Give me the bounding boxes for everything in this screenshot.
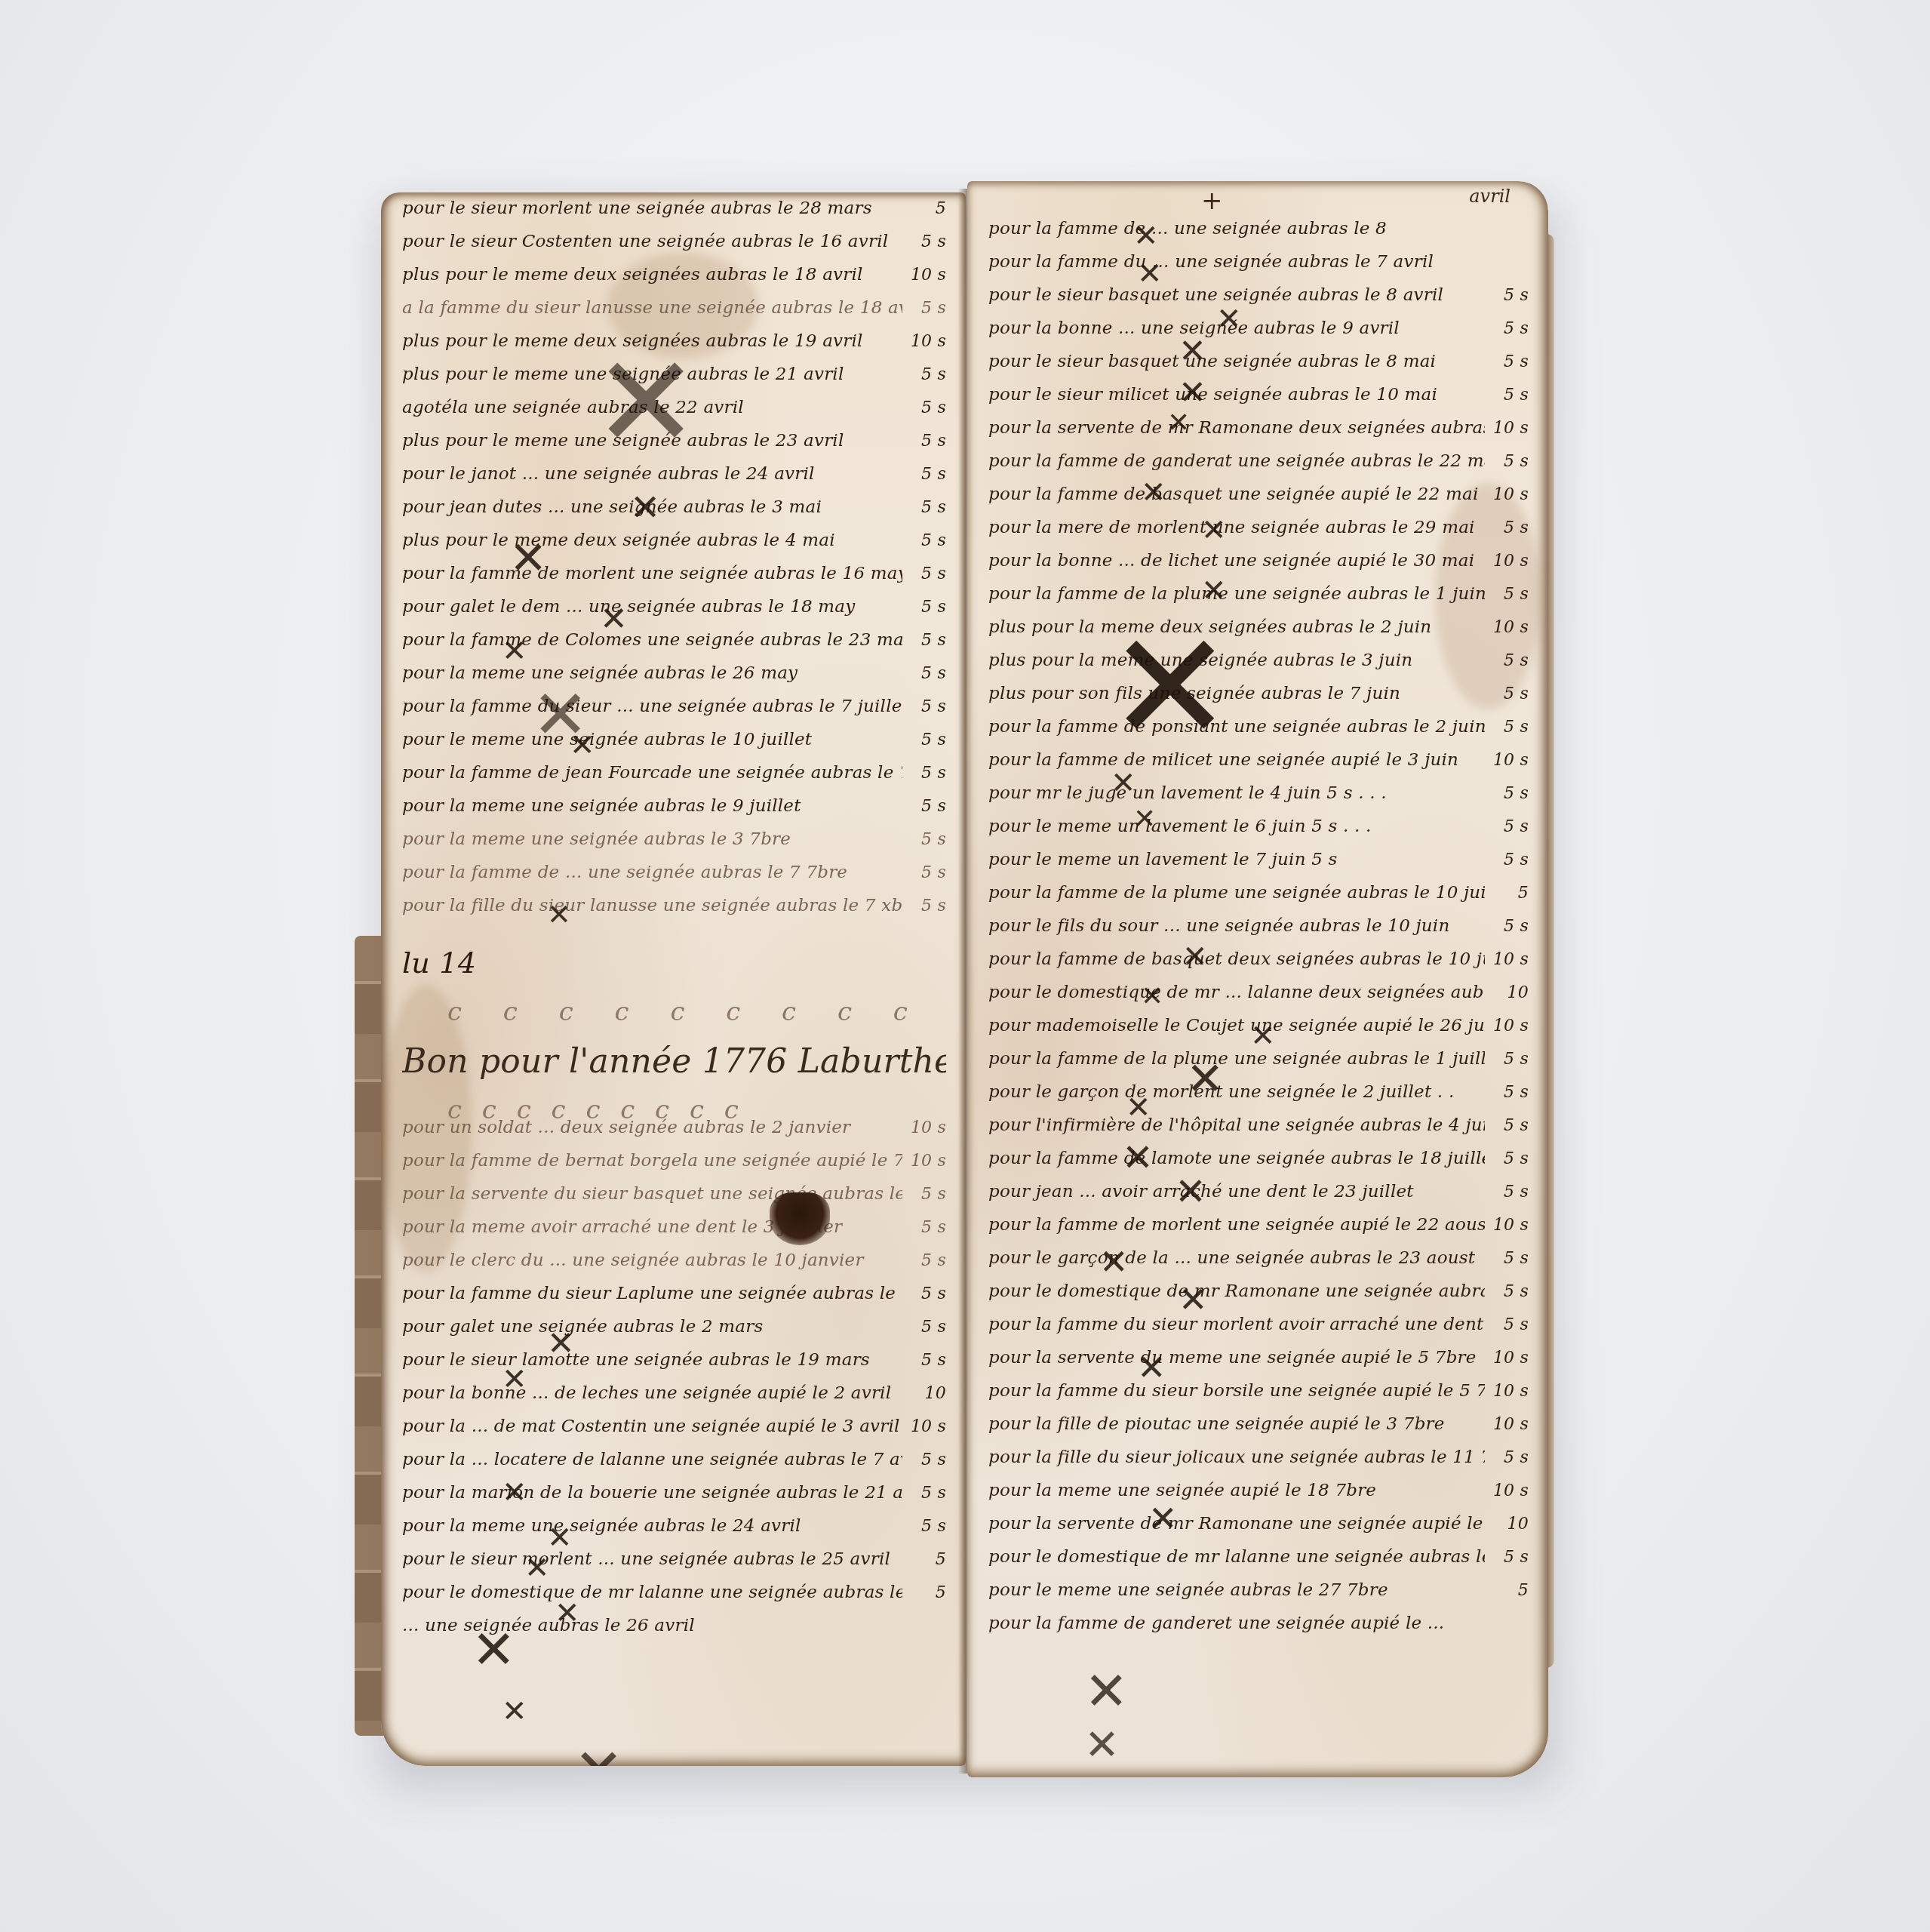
right-page-entries: pour la famme de ... une seignée aubras … [988, 219, 1529, 1647]
ledger-entry: pour la meme une seignée aupié le 18 7br… [988, 1481, 1529, 1514]
ledger-entry: pour le sieur morlent une seignée aubras… [402, 198, 946, 232]
ledger-entry: pour l'infirmière de l'hôpital une seign… [988, 1115, 1529, 1149]
year-heading: Bon pour l'année 1776 Laburthe [402, 1027, 946, 1095]
ledger-entry: pour la meme une seignée aubras le 24 av… [402, 1516, 946, 1549]
ledger-entry: pour la famme de ponsiant une seignée au… [988, 717, 1529, 750]
ledger-entry: pour la famme de morlent une seignée aub… [402, 564, 946, 597]
left-page: pour le sieur morlent une seignée aubras… [381, 192, 966, 1766]
ledger-entry: plus pour le meme deux seignée aubras le… [402, 531, 946, 564]
ledger-entry: pour la meme une seignée aubras le 3 7br… [402, 829, 946, 863]
decorative-flourish: c c c c c c c c c [402, 997, 946, 1027]
ledger-entry: pour la servente du sieur basquet une se… [402, 1184, 946, 1217]
ledger-entry: pour le janot ... une seignée aubras le … [402, 464, 946, 497]
ledger-entry: pour la famme du sieur Laplume une seign… [402, 1284, 946, 1317]
ledger-entry: pour la famme de la plume une seignée au… [988, 1049, 1529, 1082]
ledger-entry: pour la famme de bernat borgela une seig… [402, 1151, 946, 1184]
ledger-entry: ... une seignée aubras le 26 avril [402, 1616, 946, 1649]
ledger-entry: pour jean ... avoir arraché une dent le … [988, 1182, 1529, 1215]
ledger-entry: pour la famme du sieur morlent avoir arr… [988, 1315, 1529, 1348]
ledger-entry: pour la bonne ... de lichet une seignée … [988, 551, 1529, 584]
ledger-entry: pour mr le juge un lavement le 4 juin 5 … [988, 783, 1529, 817]
ledger-entry: pour la famme de ganderat une seignée au… [988, 451, 1529, 485]
month-header: avril [1469, 186, 1511, 207]
ledger-entry: pour le meme une seignée aubras le 10 ju… [402, 730, 946, 763]
ledger-entry: pour le meme un lavement le 7 juin 5 s5 … [988, 850, 1529, 883]
ledger-entry: pour galet le dem ... une seignée aubras… [402, 597, 946, 630]
ledger-entry: pour la famme de basquet une seignée aup… [988, 485, 1529, 518]
ledger-entry: pour le sieur lamotte une seignée aubras… [402, 1350, 946, 1383]
ledger-entry: pour la famme de Colomes une seignée aub… [402, 630, 946, 663]
ledger-entry: pour le garçon de morlent une seignée le… [988, 1082, 1529, 1115]
tally-note: lu 14 [402, 929, 946, 997]
ledger-entry: plus pour la meme deux seignées aubras l… [988, 617, 1529, 651]
ledger-entry: pour la famme de morlent une seignée aup… [988, 1215, 1529, 1248]
ledger-entry: pour la meme avoir arraché une dent le 3… [402, 1217, 946, 1251]
ledger-entry: pour la servente du meme une seignée aup… [988, 1348, 1529, 1381]
ledger-entry: pour la bonne ... de leches une seignée … [402, 1383, 946, 1417]
ledger-entry: plus pour le meme deux seignées aubras l… [402, 265, 946, 298]
ledger-entry: pour la famme du sieur borsile une seign… [988, 1381, 1529, 1414]
ledger-entry: pour la meme une seignée aubras le 9 jui… [402, 796, 946, 829]
ledger-entry: plus pour le meme une seignée aubras le … [402, 365, 946, 398]
ledger-entry: pour le domestique de mr Ramonane une se… [988, 1281, 1529, 1315]
ledger-entry: pour le sieur Costenten une seignée aubr… [402, 232, 946, 265]
cross-out-mark-icon: ✕ [1084, 1721, 1120, 1770]
ledger-entry: pour la marion de la bouerie une seignée… [402, 1483, 946, 1516]
ledger-entry: plus pour la meme une seignée aubras le … [988, 651, 1529, 684]
cross-out-mark-icon: ✕ [502, 1694, 527, 1729]
right-page: + avril pour la famme de ... une seignée… [967, 181, 1548, 1777]
ledger-entry: pour le sieur basquet une seignée aubras… [988, 285, 1529, 318]
ledger-entry: a la famme du sieur lanusse une seignée … [402, 298, 946, 331]
ledger-entry: pour la famme de jean Fourcade une seign… [402, 763, 946, 796]
ledger-entry: pour la meme une seignée aubras le 26 ma… [402, 663, 946, 697]
ledger-entry: pour la fille de pioutac une seignée aup… [988, 1414, 1529, 1447]
ledger-entry: pour la famme du ... une seignée aubras … [988, 252, 1529, 285]
ledger-entry: pour jean dutes ... une seignée aubras l… [402, 497, 946, 531]
ledger-entry: pour la famme de ganderet une seignée au… [988, 1614, 1529, 1647]
cross-header-mark: + [1201, 186, 1223, 216]
ledger-entry: pour la servente de mr Ramonane deux sei… [988, 418, 1529, 451]
ledger-entry: pour le clerc du ... une seignée aubras … [402, 1251, 946, 1284]
ledger-entry: pour le sieur basquet une seignée aubras… [988, 352, 1529, 385]
ledger-entry: pour le meme une seignée aubras le 27 7b… [988, 1580, 1529, 1614]
ledger-entry: pour galet une seignée aubras le 2 mars5… [402, 1317, 946, 1350]
ledger-entry: plus pour le meme deux seignées aubras l… [402, 331, 946, 365]
ledger-entry: pour la servente de mr Ramonane une seig… [988, 1514, 1529, 1547]
ledger-entry: pour le fils du sour ... une seignée aub… [988, 916, 1529, 949]
ledger-entry: pour la famme de lamote une seignée aubr… [988, 1149, 1529, 1182]
ledger-entry: pour la famme de la plume une seignée au… [988, 883, 1529, 916]
ledger-entry: pour un soldat ... deux seignée aubras l… [402, 1118, 946, 1151]
ledger-entry: plus pour le meme une seignée aubras le … [402, 431, 946, 464]
ledger-entry: pour la mere de morlent une seignée aubr… [988, 518, 1529, 551]
decorative-flourish: c c c c c c c c c [402, 1095, 946, 1118]
ledger-entry: pour la famme de basquet deux seignées a… [988, 949, 1529, 983]
ink-blot [770, 1192, 830, 1245]
ledger-entry: pour le domestique de mr ... lalanne deu… [988, 983, 1529, 1016]
open-ledger-book: pour le sieur morlent une seignée aubras… [0, 0, 1930, 1932]
ledger-entry: pour le garçon de la ... une seignée aub… [988, 1248, 1529, 1281]
ledger-entry: pour la fille du sieur lanusse une seign… [402, 896, 946, 929]
ledger-entry: pour la famme du sieur ... une seignée a… [402, 697, 946, 730]
ledger-entry: pour le meme un lavement le 6 juin 5 s .… [988, 817, 1529, 850]
ledger-entry: pour la bonne ... une seignée aubras le … [988, 318, 1529, 352]
cross-out-mark-icon: ✕ [1084, 1660, 1129, 1722]
ledger-entry: pour la fille du sieur jolicaux une seig… [988, 1447, 1529, 1481]
ledger-entry: pour le domestique de mr lalanne une sei… [988, 1547, 1529, 1580]
ledger-entry: pour mademoiselle le Coujet une seignée … [988, 1016, 1529, 1049]
ledger-entry: pour la famme de ... une seignée aubras … [402, 863, 946, 896]
left-page-entries-top: pour le sieur morlent une seignée aubras… [402, 198, 946, 1649]
cross-out-mark-icon: ✕ [573, 1736, 624, 1766]
ledger-entry: pour la famme de ... une seignée aubras … [988, 219, 1529, 252]
ledger-entry: pour le sieur milicet une seignée aubras… [988, 385, 1529, 418]
ledger-entry: pour le domestique de mr lalanne une sei… [402, 1583, 946, 1616]
ledger-entry: pour la famme de milicet une seignée aup… [988, 750, 1529, 783]
ledger-entry: pour la ... de mat Costentin une seignée… [402, 1417, 946, 1450]
ledger-entry: agotéla une seignée aubras le 22 avril5 … [402, 398, 946, 431]
ledger-entry: pour la ... locatere de lalanne une seig… [402, 1450, 946, 1483]
ledger-entry: pour la famme de la plume une seignée au… [988, 584, 1529, 617]
ledger-entry: plus pour son fils une seignée aubras le… [988, 684, 1529, 717]
ledger-entry: pour le sieur morlent ... une seignée au… [402, 1549, 946, 1583]
